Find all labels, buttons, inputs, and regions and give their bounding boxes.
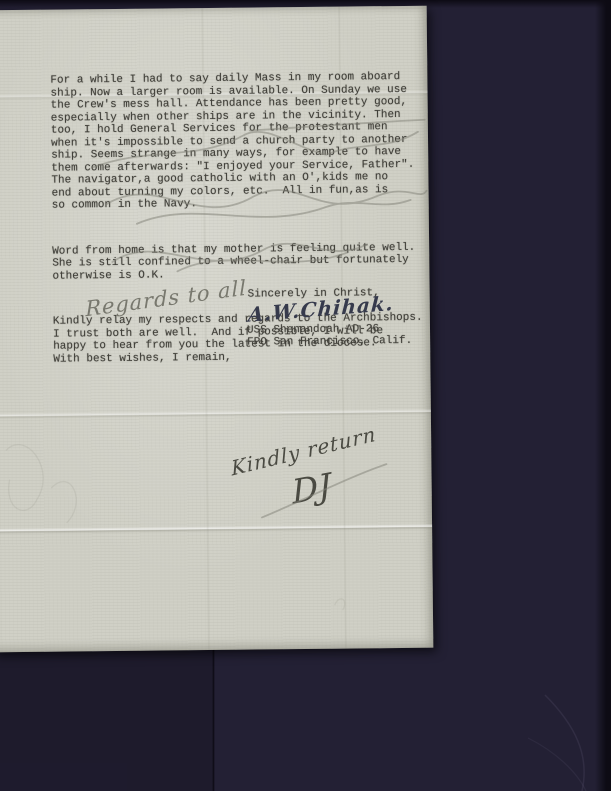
background-right-edge: [595, 0, 611, 791]
typed-line: With best wishes, I remain,: [53, 351, 231, 365]
background-lower-shade: [0, 648, 214, 791]
background-seam: [212, 640, 215, 791]
scanned-letter-photo: For a while I had to say daily Mass in m…: [0, 0, 611, 791]
annotation-initials: DJ: [290, 465, 332, 511]
fold-crease: [0, 524, 432, 535]
fold-crease: [0, 409, 431, 420]
sender-address: FPO San Francisco, Calif.: [247, 335, 412, 349]
paragraph: For a while I had to say daily Mass in m…: [50, 71, 436, 213]
letter-page: For a while I had to say daily Mass in m…: [0, 6, 433, 653]
typed-line: She is still confined to a wheel-chair b…: [52, 254, 409, 270]
typed-line: end about turning my colors, etc. All in…: [52, 184, 389, 200]
typed-line: so common in the Navy.: [52, 198, 197, 212]
typed-line: otherwise is O.K.: [52, 269, 164, 282]
